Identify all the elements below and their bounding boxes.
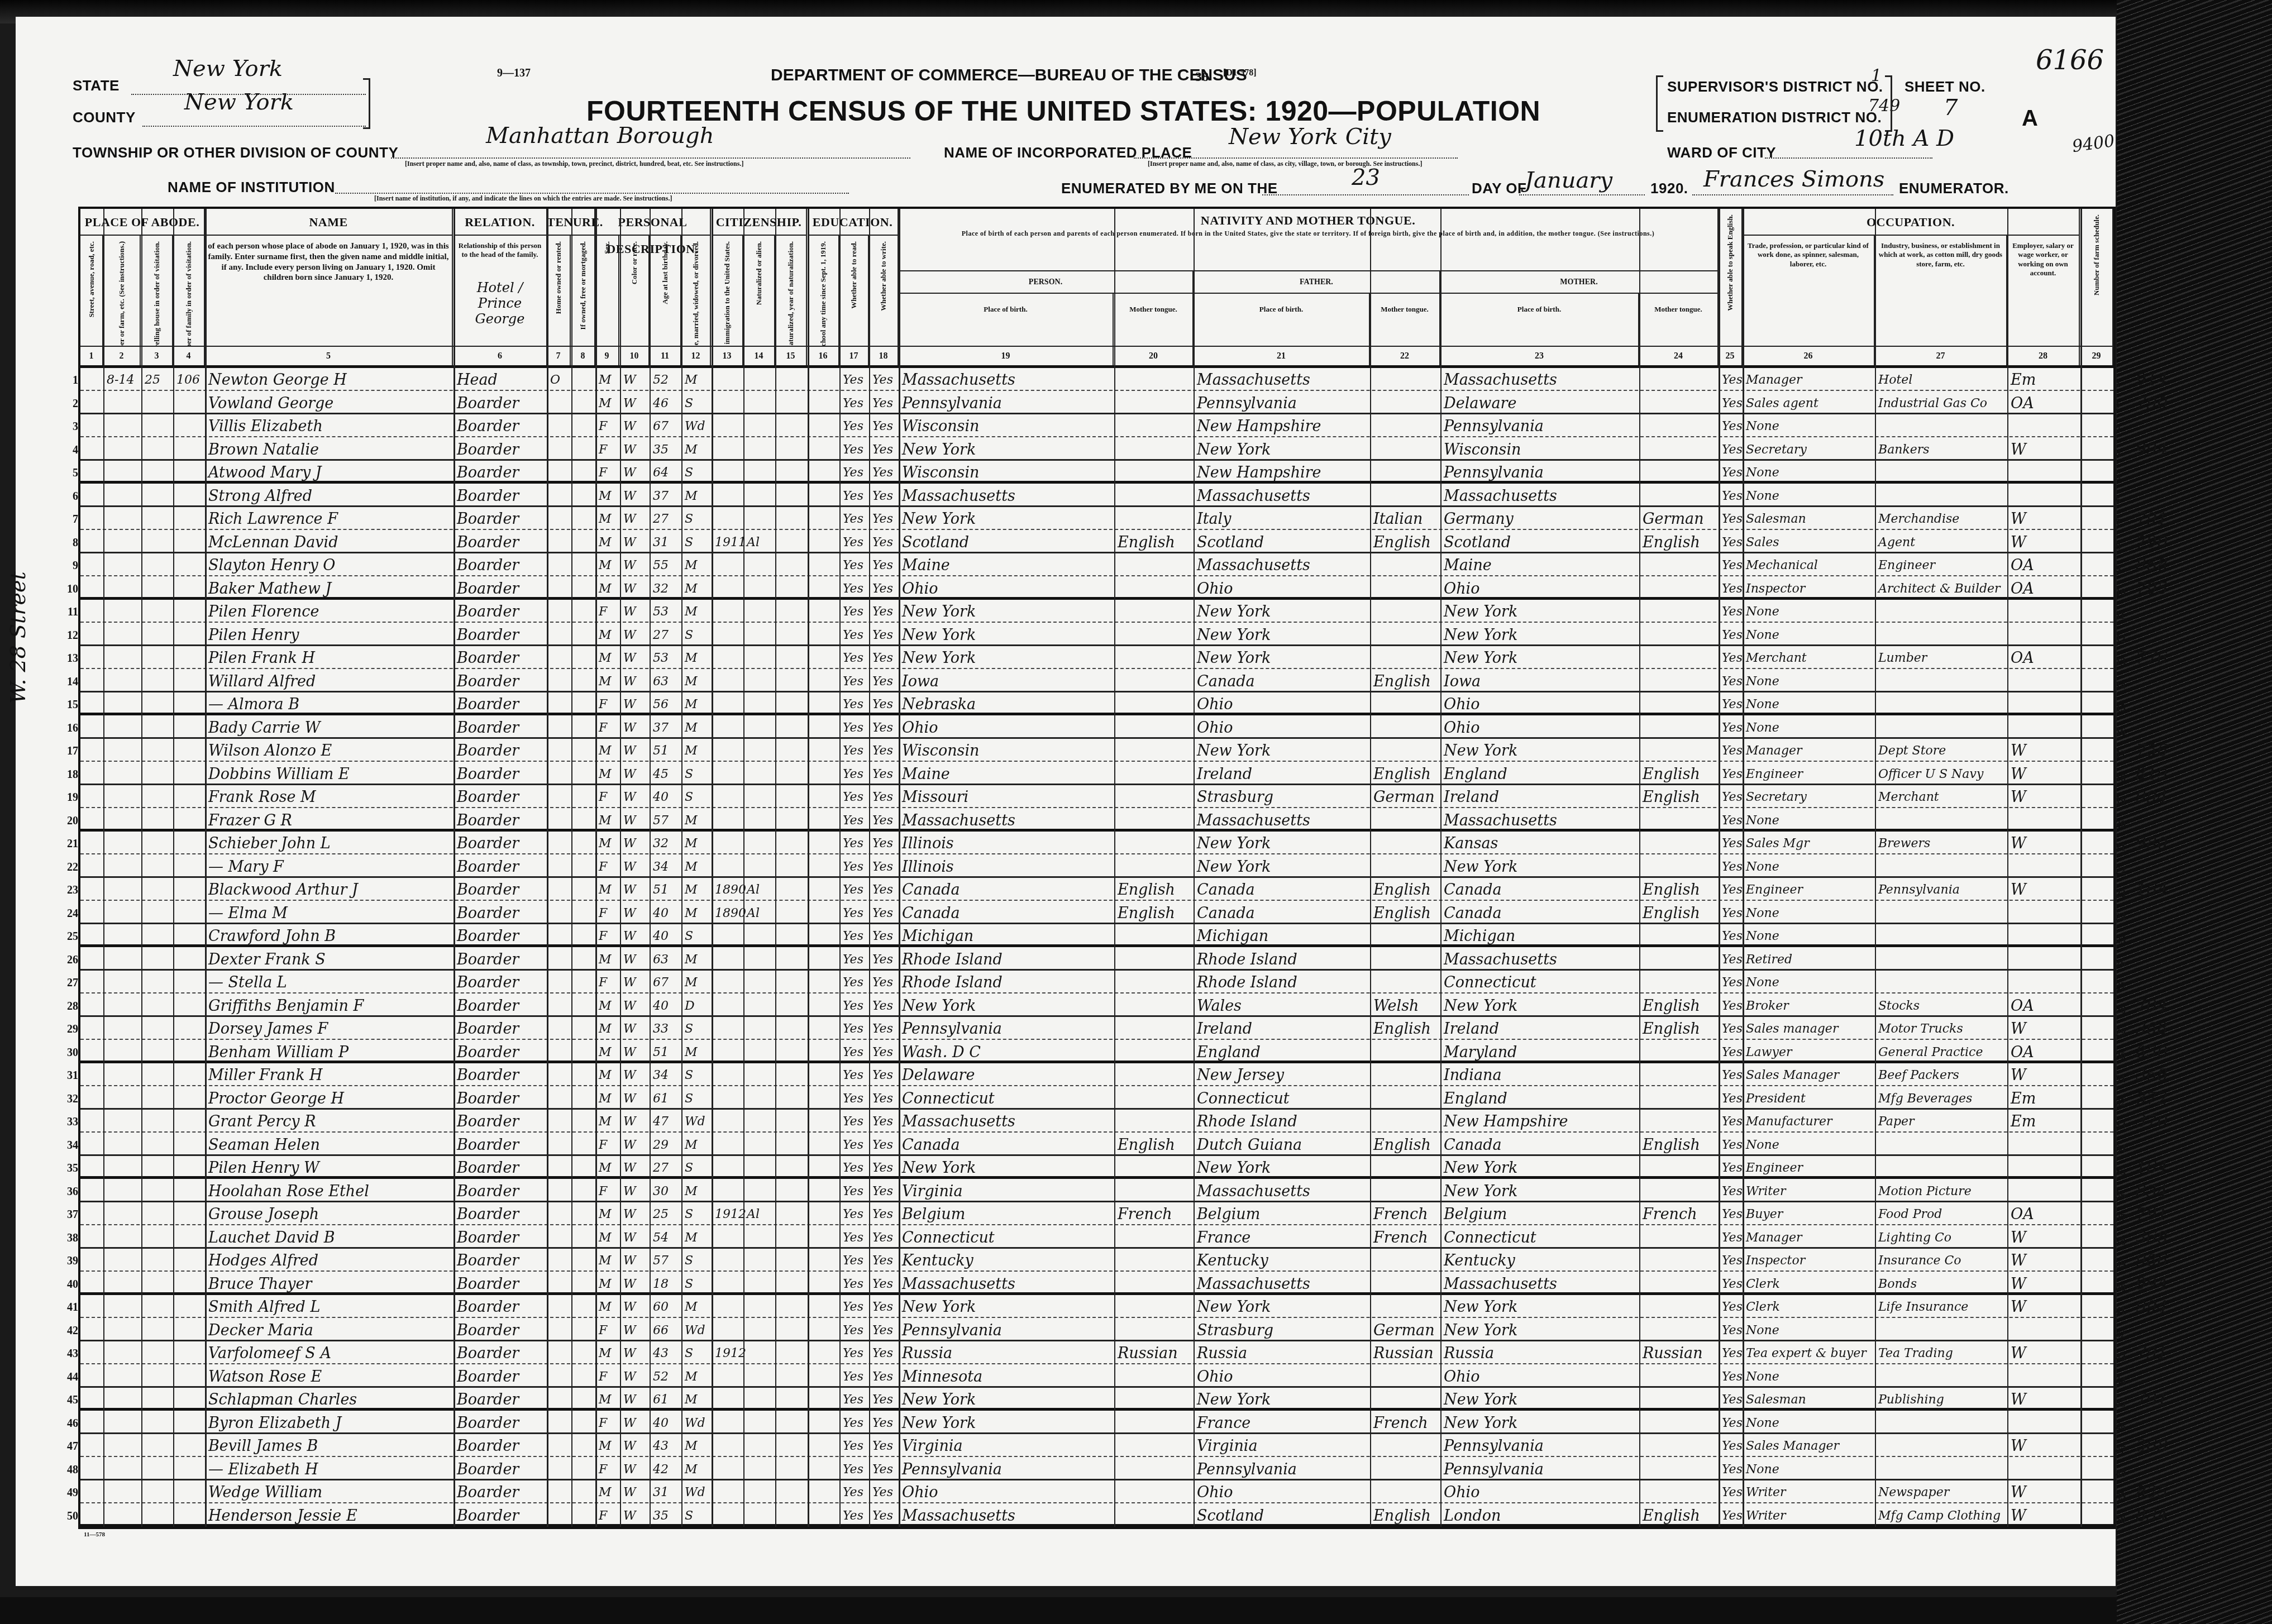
cell-race: W [620,1434,650,1457]
cell-sex: M [595,1040,619,1063]
cell-sex: M [595,1341,619,1364]
cell-name: Atwood Mary J [205,461,453,484]
cell-trade: Writer [1743,1179,1875,1202]
cell-class: W [2007,1272,2080,1295]
row-line-number: 44 [59,1365,78,1389]
cell-marital: S [681,1341,711,1364]
cell-ftongue: English [1370,901,1440,924]
cell-birth: Rhode Island [899,948,1114,971]
cell-fbirth: Massachusetts [1194,1179,1370,1202]
cell-age: 60 [650,1295,681,1318]
occupation-code-note: 704 [2136,994,2197,1019]
cell-industry: Newspaper [1875,1480,2007,1503]
cell-read: Yes [839,1411,869,1434]
cell-age: 61 [650,1087,681,1110]
row-line-number: 47 [59,1434,78,1459]
cell-trade: Manager [1743,739,1875,762]
cell-mtongue: English [1639,531,1719,553]
column-header-8: If owned, free or mortgaged. [571,236,595,346]
cell-industry: Agent [1875,531,2007,553]
cell-age: 57 [650,1249,681,1272]
table-row: 34Seaman HelenBoarderFW29MYesYesCanadaEn… [80,1133,2113,1156]
cell-fbirth: Massachusetts [1194,484,1370,507]
cell-mtongue: English [1639,878,1719,901]
cell-fbirth: Dutch Guiana [1194,1133,1370,1156]
row-line-number: 1 [59,368,78,393]
cell-english: Yes [1719,1017,1743,1040]
cell-class: OA [2007,994,2080,1017]
cell-marital: M [681,600,711,623]
table-row: 24— Elma MBoarderFW40M1890AlYesYesCanada… [80,901,2113,924]
cell-race: W [620,391,650,414]
cell-name: Wedge William [205,1480,453,1503]
cell-name: Villis Elizabeth [205,414,453,437]
cell-trade: None [1743,971,1875,993]
cell-mbirth: Iowa [1440,670,1639,692]
cell-name: Strong Alfred [205,484,453,507]
cell-relation: Boarder [454,716,547,739]
cell-age: 56 [650,692,681,715]
column-rule [571,209,572,1527]
cell-sex: F [595,438,619,461]
cell-age: 37 [650,484,681,507]
cell-ftongue: English [1370,531,1440,553]
cell-english: Yes [1719,855,1743,878]
column-rule [141,209,142,1527]
cell-sex: M [595,1087,619,1110]
cell-race: W [620,646,650,669]
table-row: 3Villis ElizabethBoarderFW67WdYesYesWisc… [80,414,2113,437]
cell-industry: Lighting Co [1875,1226,2007,1249]
cell-trade: Writer [1743,1480,1875,1503]
cell-write: Yes [869,1504,899,1527]
cell-marital: M [681,1226,711,1249]
cell-sex: M [595,391,619,414]
table-row: 23Blackwood Arthur JBoarderMW51M1890AlYe… [80,878,2113,901]
cell-relation: Boarder [454,1365,547,1388]
cell-tongue: English [1114,1133,1194,1156]
occupation-code-note: 756 [2136,739,2197,763]
table-row: 30Benham William PBoarderMW51MYesYesWash… [80,1040,2113,1063]
occupation-code-note: 368 [2136,1434,2197,1459]
cell-trade: None [1743,1319,1875,1341]
enumerated-year: 1920. [1650,180,1688,197]
row-line-number: 42 [59,1319,78,1343]
table-row: 50Henderson Jessie EBoarderFW35SYesYesMa… [80,1504,2113,1527]
cell-trade: Merchant [1743,646,1875,669]
cell-sex: M [595,809,619,832]
row-line-number: 6 [59,484,78,509]
cell-read: Yes [839,1110,869,1133]
cell-sex: M [595,646,619,669]
cell-fbirth: Rhode Island [1194,948,1370,971]
cell-industry: Lumber [1875,646,2007,669]
cell-mbirth: New York [1440,1411,1639,1434]
cell-relation: Boarder [454,484,547,507]
cell-fbirth: Wales [1194,994,1370,1017]
row-line-number: 31 [59,1063,78,1088]
column-rule [1719,209,1720,1527]
cell-mbirth: Belgium [1440,1202,1639,1225]
column-number: 25 [1719,347,1743,365]
cell-english: Yes [1719,1341,1743,1364]
column-number: 27 [1875,347,2007,365]
row-line-number: 43 [59,1341,78,1366]
enumeration-district-label: Enumeration District No. [1667,109,1882,126]
column-number: 13 [712,347,743,365]
cell-english: Yes [1719,1458,1743,1480]
cell-read: Yes [839,878,869,901]
cell-write: Yes [869,739,899,762]
row-line-number-right: 50 [2116,1504,2132,1535]
table-row: 43Varfolomeef S ABoarderMW43S1912YesYesR… [80,1341,2113,1364]
cell-tongue: English [1114,901,1194,924]
cell-class: W [2007,832,2080,854]
cell-write: Yes [869,1226,899,1249]
cell-mbirth: Pennsylvania [1440,461,1639,484]
table-row: 13Pilen Frank HBoarderMW53MYesYesNew Yor… [80,646,2113,669]
cell-english: Yes [1719,1133,1743,1156]
cell-tongue: English [1114,878,1194,901]
column-header-label: Industry, business, or establishment in … [1875,236,2006,272]
cell-name: Schieber John L [205,832,453,854]
cell-write: Yes [869,1063,899,1086]
cell-fbirth: Massachusetts [1194,1272,1370,1295]
cell-write: Yes [869,1040,899,1063]
cell-english: Yes [1719,1249,1743,1272]
cell-trade: None [1743,1411,1875,1434]
row-line-number: 19 [59,785,78,810]
sheet-value: 7 [1944,95,1958,121]
column-header-label: Year of immigration to the United States… [723,241,731,346]
column-header-18: Whether able to write. [869,236,899,346]
cell-english: Yes [1719,762,1743,785]
cell-marital: S [681,924,711,947]
cell-trade: None [1743,623,1875,646]
cell-race: W [620,623,650,646]
cell-age: 67 [650,971,681,993]
cell-mbirth: Massachusetts [1440,948,1639,971]
column-header-20: Mother tongue. [1114,294,1194,346]
cell-sex: M [595,553,619,576]
cell-english: Yes [1719,531,1743,553]
place-value: New York City [1229,124,1391,150]
township-label: Township or other division of county [73,144,398,161]
cell-mtongue: English [1639,901,1719,924]
cell-write: Yes [869,692,899,715]
cell-trade: Sales [1743,531,1875,553]
cell-read: Yes [839,832,869,854]
month-line [1519,194,1645,195]
cell-class: W [2007,531,2080,553]
cell-read: Yes [839,1388,869,1411]
cell-trade: Clerk [1743,1295,1875,1318]
county-label: County [73,109,136,126]
cell-read: Yes [839,1179,869,1202]
enumerator-line [1692,194,1893,195]
column-rule [869,209,870,1527]
cell-name: Baker Mathew J [205,577,453,600]
cell-trade: Salesman [1743,507,1875,530]
cell-birth: Wash. D C [899,1040,1114,1063]
form-code: [D1-578] [1223,68,1257,78]
cell-relation: Boarder [454,924,547,947]
cell-birth: New York [899,600,1114,623]
cell-sex: F [595,461,619,484]
cell-write: Yes [869,762,899,785]
cell-race: W [620,1156,650,1179]
cell-english: Yes [1719,716,1743,739]
column-header-15: If naturalized, year of naturalization. [775,236,807,346]
cell-age: 54 [650,1226,681,1249]
column-header-label: Whether able to write. [879,241,887,311]
cell-birth: New York [899,994,1114,1017]
cell-trade: Buyer [1743,1202,1875,1225]
cell-birth: Canada [899,878,1114,901]
occupation-code-note: 790 [2136,531,2197,555]
cell-birth: New York [899,623,1114,646]
occupation-code-note: 868 [2136,553,2197,578]
form-number: 9—137 [497,67,531,80]
cell-mbirth: Massachusetts [1440,809,1639,832]
cell-age: 51 [650,878,681,901]
cell-class: W [2007,1434,2080,1457]
cell-age: 66 [650,1319,681,1341]
cell-race: W [620,507,650,530]
cell-age: 67 [650,414,681,437]
cell-english: Yes [1719,1156,1743,1179]
cell-industry: Engineer [1875,553,2007,576]
cell-read: Yes [839,1133,869,1156]
cell-fbirth: New York [1194,438,1370,461]
column-number: 19 [899,347,1114,365]
cell-sex: M [595,670,619,692]
cell-fbirth: France [1194,1411,1370,1434]
cell-industry: General Practice [1875,1040,2007,1063]
column-header-25: Whether able to speak English. [1719,209,1743,346]
cell-class: W [2007,1226,2080,1249]
cell-write: Yes [869,1017,899,1040]
cell-name: Pilen Henry W [205,1156,453,1179]
table-row: 37Grouse JosephBoarderMW25S1912AlYesYesB… [80,1202,2113,1225]
cell-name: Schlapman Charles [205,1388,453,1411]
cell-relation: Boarder [454,971,547,993]
cell-relation: Boarder [454,461,547,484]
cell-write: Yes [869,553,899,576]
cell-sex: M [595,994,619,1017]
cell-birth: Ohio [899,1480,1114,1503]
cell-fbirth: New York [1194,600,1370,623]
cell-read: Yes [839,438,869,461]
cell-english: Yes [1719,1202,1743,1225]
occupation-code-note: 791 [2136,1388,2197,1412]
cell-mbirth: Ireland [1440,785,1639,808]
cell-fbirth: New York [1194,855,1370,878]
cell-fbirth: Scotland [1194,1504,1370,1527]
cell-age: 34 [650,855,681,878]
cell-relation: Boarder [454,1202,547,1225]
cell-birth: Minnesota [899,1365,1114,1388]
cell-race: W [620,994,650,1017]
cell-industry: Mfg Camp Clothing [1875,1504,2007,1527]
cell-trade: None [1743,1133,1875,1156]
cell-birth: Maine [899,762,1114,785]
cell-race: W [620,1017,650,1040]
cell-name: Brown Natalie [205,438,453,461]
cell-english: Yes [1719,1504,1743,1527]
cell-english: Yes [1719,692,1743,715]
column-header-6: Relationship of this person to the head … [454,236,547,346]
cell-sex: M [595,832,619,854]
column-rule [650,209,651,1527]
cell-read: Yes [839,531,869,553]
cell-birth: Michigan [899,924,1114,947]
cell-write: Yes [869,878,899,901]
enumerated-day: 23 [1352,165,1380,190]
column-header-label: If naturalized, year of naturalization. [786,241,794,346]
cell-english: Yes [1719,1319,1743,1341]
cell-read: Yes [839,948,869,971]
column-header-label: Employer, salary or wage worker, or work… [2007,236,2079,281]
cell-read: Yes [839,391,869,414]
cell-english: Yes [1719,948,1743,971]
cell-class: W [2007,1388,2080,1411]
cell-sex: M [595,1156,619,1179]
table-row: 9Slayton Henry OBoarderMW55MYesYesMaineM… [80,553,2113,576]
column-number: 1 [80,347,103,365]
row-line-number: 49 [59,1480,78,1505]
cell-write: Yes [869,832,899,854]
cell-trade: Retired [1743,948,1875,971]
column-number: 10 [620,347,650,365]
cell-relation: Boarder [454,646,547,669]
cell-write: Yes [869,368,899,391]
cell-mbirth: Pennsylvania [1440,1458,1639,1480]
cell-age: 51 [650,739,681,762]
cell-name: Frank Rose M [205,785,453,808]
cell-mbirth: England [1440,762,1639,785]
column-number: 11 [650,347,681,365]
occupation-code-note: 164 [2136,878,2197,902]
table-row: 20Frazer G RBoarderMW57MYesYesMassachuse… [80,809,2113,832]
cell-english: Yes [1719,1365,1743,1388]
cell-sex: F [595,1458,619,1480]
column-rule [1743,209,1744,1527]
table-row: 38Lauchet David BBoarderMW54MYesYesConne… [80,1226,2113,1249]
column-rule [681,209,682,1527]
state-value: New York [173,56,283,82]
cell-relation: Boarder [454,600,547,623]
cell-name: Henderson Jessie E [205,1504,453,1527]
cell-industry: Life Insurance [1875,1295,2007,1318]
cell-trade: None [1743,1458,1875,1480]
cell-relation: Boarder [454,692,547,715]
table-row: 15— Almora BBoarderFW56MYesYesNebraskaOh… [80,692,2113,715]
cell-relation: Boarder [454,948,547,971]
district-bracket [1656,75,1663,132]
supervisors-district-value: 1 [1871,66,1882,85]
cell-immig: 1890 [712,901,743,924]
cell-birth: Connecticut [899,1226,1114,1249]
column-number: 8 [571,347,595,365]
cell-ftongue: Russian [1370,1341,1440,1364]
cell-industry: Mfg Beverages [1875,1087,2007,1110]
cell-race: W [620,1480,650,1503]
cell-ftongue: English [1370,1504,1440,1527]
cell-birth: Maine [899,553,1114,576]
cell-marital: M [681,739,711,762]
cell-race: W [620,1295,650,1318]
column-number: 16 [808,347,839,365]
cell-marital: M [681,484,711,507]
cell-marital: S [681,623,711,646]
cell-marital: S [681,762,711,785]
cell-industry: Merchant [1875,785,2007,808]
cell-trade: None [1743,692,1875,715]
column-header-27: Industry, business, or establishment in … [1875,236,2007,346]
cell-write: Yes [869,971,899,993]
column-header-21: Place of birth. [1194,294,1370,346]
cell-age: 27 [650,623,681,646]
cell-read: Yes [839,1458,869,1480]
cell-class: W [2007,1504,2080,1527]
cell-relation: Boarder [454,507,547,530]
table-row: 40Bruce ThayerBoarderMW18SYesYesMassachu… [80,1272,2113,1295]
cell-birth: Massachusetts [899,1504,1114,1527]
cell-class: W [2007,762,2080,785]
cell-write: Yes [869,414,899,437]
cell-fbirth: Pennsylvania [1194,1458,1370,1480]
row-line-number: 2 [59,391,78,416]
occupation-code-note: 994 [2136,785,2197,810]
cell-fbirth: New York [1194,739,1370,762]
cell-mtongue: German [1639,507,1719,530]
cell-english: Yes [1719,438,1743,461]
township-line [391,157,910,159]
cell-age: 30 [650,1179,681,1202]
column-header-4: Number of family in order of visitation. [173,236,205,346]
cell-race: W [620,600,650,623]
cell-english: Yes [1719,1434,1743,1457]
cell-write: Yes [869,1272,899,1295]
cell-mbirth: Scotland [1440,531,1639,553]
cell-read: Yes [839,855,869,878]
row-line-number: 28 [59,994,78,1019]
cell-birth: Massachusetts [899,809,1114,832]
cell-name: Grant Percy R [205,1110,453,1133]
cell-birth: Rhode Island [899,971,1114,993]
cell-age: 40 [650,785,681,808]
cell-fbirth: Scotland [1194,531,1370,553]
cell-write: Yes [869,901,899,924]
cell-name: Vowland George [205,391,453,414]
cell-read: Yes [839,623,869,646]
place-line [1134,157,1458,159]
cell-write: Yes [869,924,899,947]
cell-fbirth: Virginia [1194,1434,1370,1457]
cell-mbirth: Ohio [1440,1480,1639,1503]
cell-mtongue: Russian [1639,1341,1719,1364]
cell-fbirth: New Jersey [1194,1063,1370,1086]
column-number: 3 [141,347,173,365]
cell-fbirth: Ohio [1194,1365,1370,1388]
cell-marital: M [681,1365,711,1388]
cell-marital: M [681,670,711,692]
cell-class: Em [2007,1110,2080,1133]
cell-age: 51 [650,1040,681,1063]
cell-mtongue: English [1639,762,1719,785]
cell-birth: Pennsylvania [899,1319,1114,1341]
